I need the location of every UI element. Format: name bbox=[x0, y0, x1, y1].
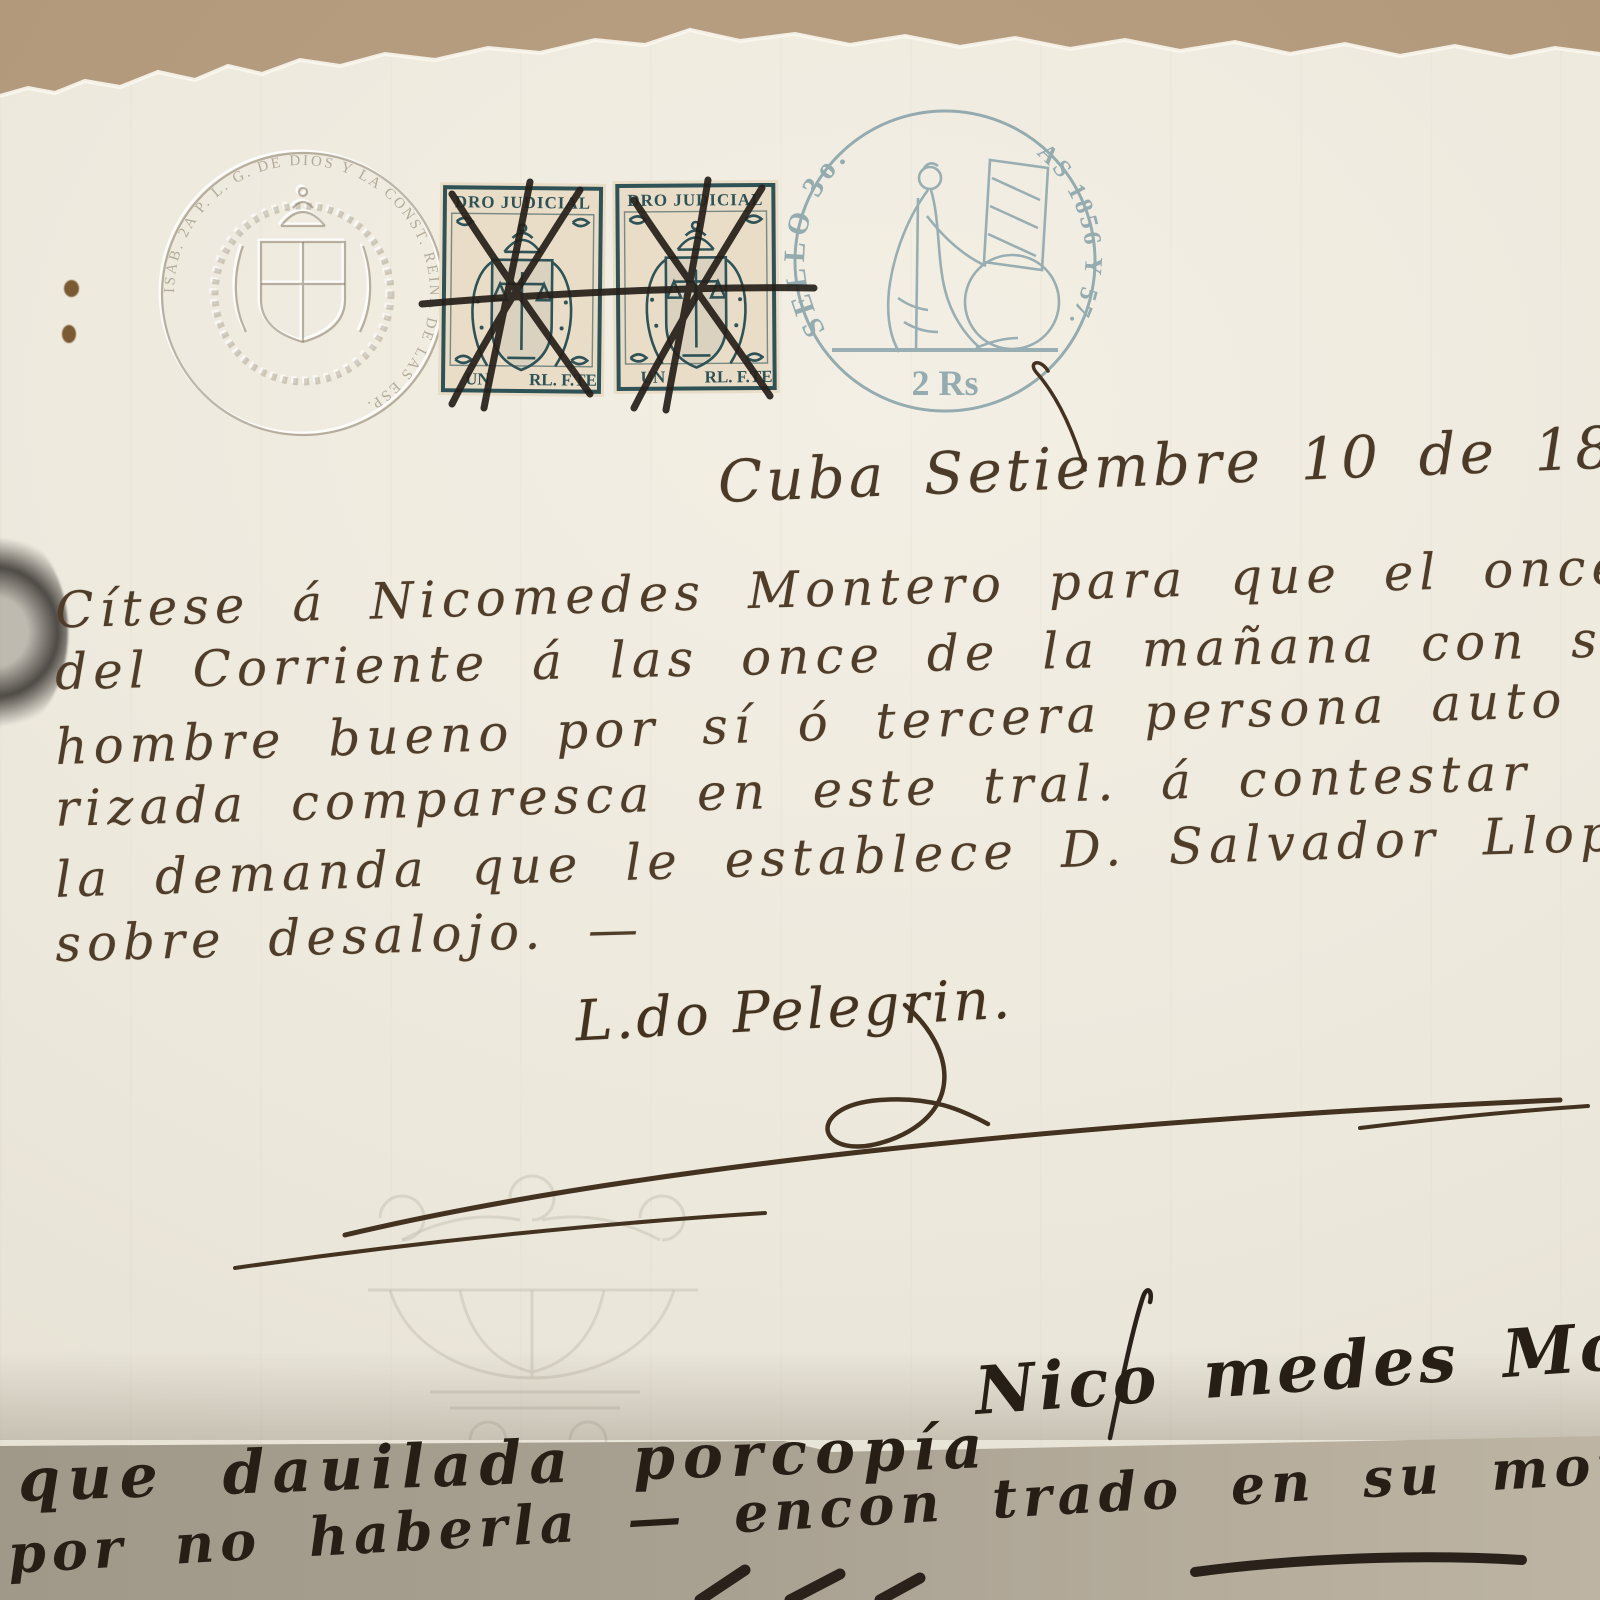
photo-scene: ISAB. 2A P. L. G. DE DIOS Y LA CONST. RE… bbox=[0, 0, 1600, 1600]
